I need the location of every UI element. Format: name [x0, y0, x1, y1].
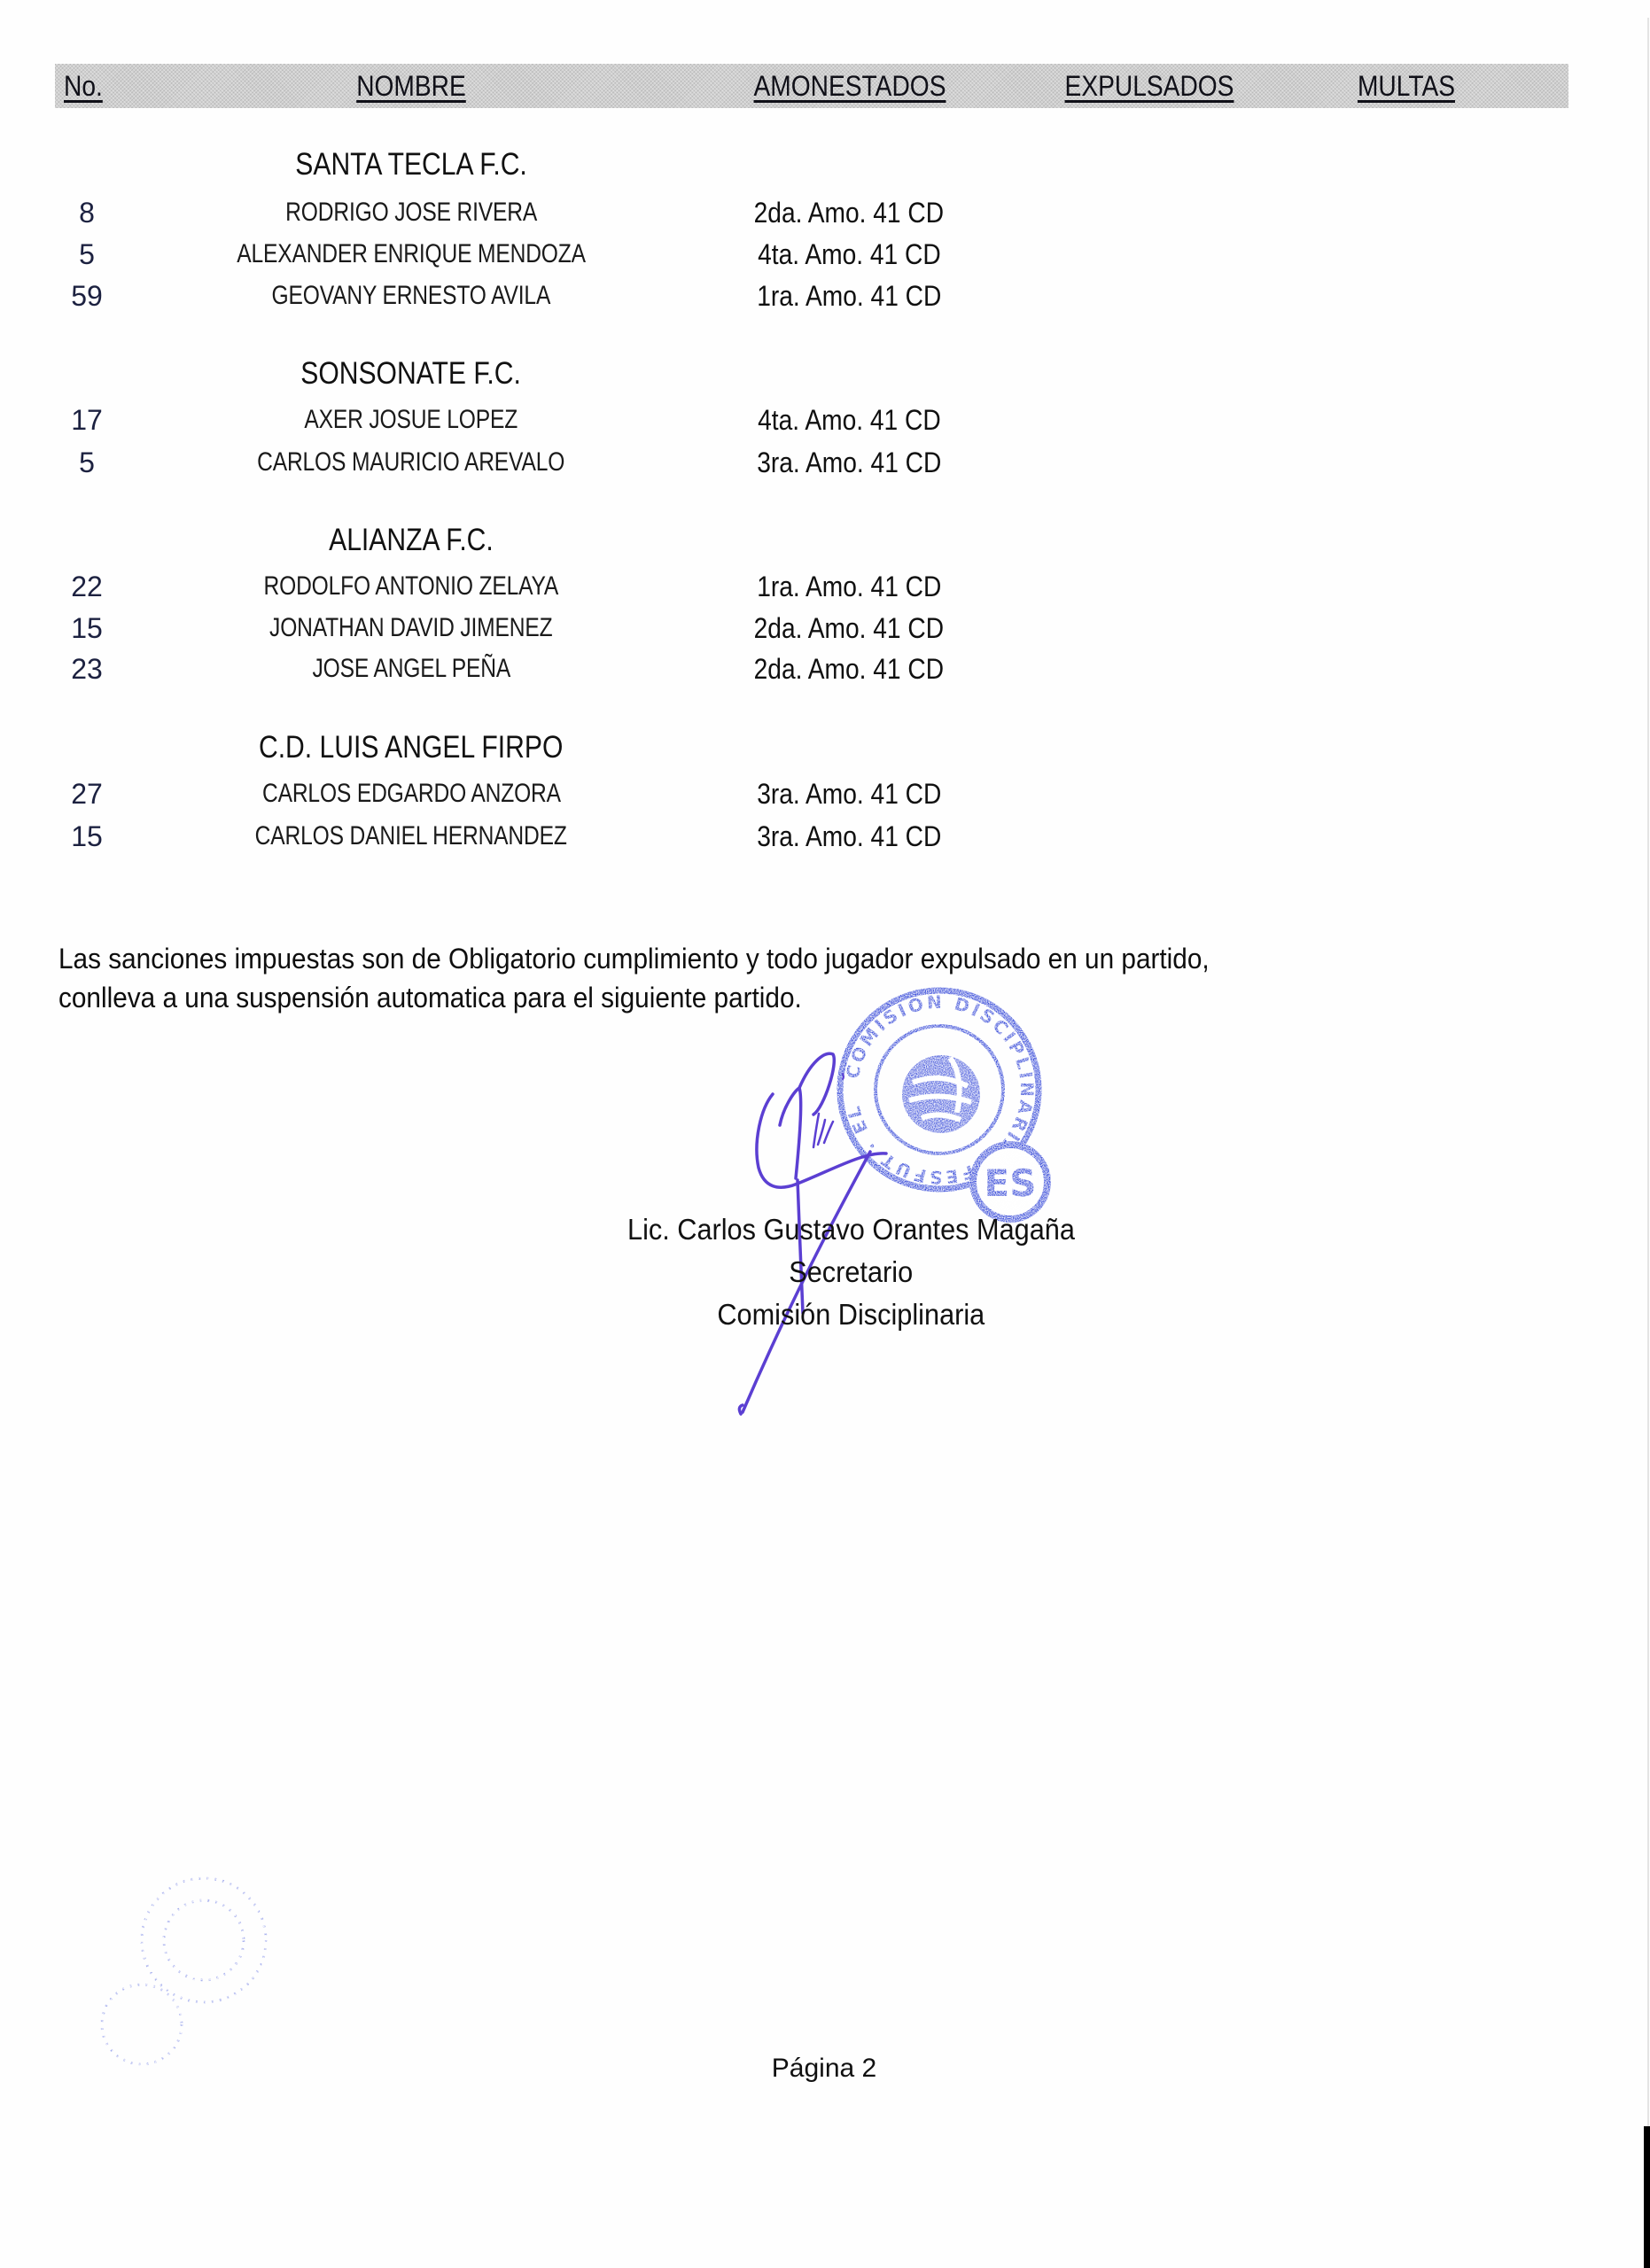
table-row: 17 AXER JOSUE LOPEZ 4ta. Amo. 41 CD: [0, 400, 1063, 439]
table-row: 23 JOSE ANGEL PEÑA 2da. Amo. 41 CD: [0, 649, 1063, 688]
player-number: 15: [51, 817, 122, 856]
player-name: CARLOS MAURICIO AREVALO: [163, 443, 659, 482]
signatory-name: Lic. Carlos Gustavo Orantes Magaña: [585, 1208, 1117, 1251]
table-row: 59 GEOVANY ERNESTO AVILA 1ra. Amo. 41 CD: [0, 276, 1063, 315]
table-row: 15 JONATHAN DAVID JIMENEZ 2da. Amo. 41 C…: [0, 609, 1063, 648]
player-number: 15: [51, 609, 122, 648]
player-amonestados: 3ra. Amo. 41 CD: [709, 443, 989, 482]
signatory-department: Comisión Disciplinaria: [585, 1293, 1117, 1336]
column-header-amonestados: AMONESTADOS: [744, 64, 955, 108]
player-number: 22: [51, 567, 122, 606]
sanctions-notice: Las sanciones impuestas son de Obligator…: [58, 939, 1405, 1017]
player-amonestados: 4ta. Amo. 41 CD: [709, 235, 989, 274]
scan-edge-line: [1647, 18, 1649, 2126]
column-header-multas: MULTAS: [1348, 64, 1465, 108]
table-row: 8 RODRIGO JOSE RIVERA 2da. Amo. 41 CD: [0, 193, 1063, 232]
team-heading: ALIANZA F.C.: [198, 523, 624, 558]
column-header-nombre: NOMBRE: [349, 64, 474, 108]
signature-block: Lic. Carlos Gustavo Orantes Magaña Secre…: [585, 1208, 1117, 1336]
player-name: ALEXANDER ENRIQUE MENDOZA: [163, 235, 659, 274]
player-number: 59: [51, 276, 122, 315]
player-name: RODRIGO JOSE RIVERA: [163, 193, 659, 232]
notice-line: conlleva a una suspensión automatica par…: [58, 978, 1311, 1017]
player-amonestados: 2da. Amo. 41 CD: [709, 649, 989, 688]
stamp-and-signature: COMISION DISCIPLINARIA · FESFUT · EL SAL…: [0, 0, 1650, 2268]
table-row: 15 CARLOS DANIEL HERNANDEZ 3ra. Amo. 41 …: [0, 817, 1063, 856]
table-row: 5 CARLOS MAURICIO AREVALO 3ra. Amo. 41 C…: [0, 443, 1063, 482]
player-number: 5: [51, 235, 122, 274]
player-number: 17: [51, 400, 122, 439]
player-number: 27: [51, 774, 122, 813]
team-heading: SONSONATE F.C.: [198, 356, 624, 392]
notice-line: Las sanciones impuestas son de Obligator…: [58, 939, 1311, 978]
player-name: CARLOS DANIEL HERNANDEZ: [163, 817, 659, 856]
player-name: JOSE ANGEL PEÑA: [163, 649, 659, 688]
signatory-title: Secretario: [585, 1251, 1117, 1293]
table-row: 22 RODOLFO ANTONIO ZELAYA 1ra. Amo. 41 C…: [0, 567, 1063, 606]
player-amonestados: 2da. Amo. 41 CD: [709, 193, 989, 232]
page-number: Página 2: [691, 2054, 957, 2084]
team-heading: C.D. LUIS ANGEL FIRPO: [198, 730, 624, 765]
player-number: 23: [51, 649, 122, 688]
scan-edge-bar: [1644, 2126, 1650, 2268]
player-amonestados: 4ta. Amo. 41 CD: [709, 400, 989, 439]
player-number: 5: [51, 443, 122, 482]
player-name: CARLOS EDGARDO ANZORA: [163, 774, 659, 813]
player-amonestados: 3ra. Amo. 41 CD: [709, 817, 989, 856]
faded-stamp-ghost: [0, 0, 1650, 2268]
player-amonestados: 3ra. Amo. 41 CD: [709, 774, 989, 813]
player-amonestados: 2da. Amo. 41 CD: [709, 609, 989, 648]
table-row: 27 CARLOS EDGARDO ANZORA 3ra. Amo. 41 CD: [0, 774, 1063, 813]
table-row: 5 ALEXANDER ENRIQUE MENDOZA 4ta. Amo. 41…: [0, 235, 1063, 274]
player-name: GEOVANY ERNESTO AVILA: [163, 276, 659, 315]
player-name: RODOLFO ANTONIO ZELAYA: [163, 567, 659, 606]
player-number: 8: [51, 193, 122, 232]
player-amonestados: 1ra. Amo. 41 CD: [709, 567, 989, 606]
player-amonestados: 1ra. Amo. 41 CD: [709, 276, 989, 315]
column-header-no: No.: [64, 64, 103, 108]
svg-text:ES: ES: [985, 1161, 1037, 1205]
document-page: No. NOMBRE AMONESTADOS EXPULSADOS MULTAS…: [0, 0, 1650, 2268]
player-name: JONATHAN DAVID JIMENEZ: [163, 609, 659, 648]
column-header-expulsados: EXPULSADOS: [1055, 64, 1242, 108]
player-name: AXER JOSUE LOPEZ: [163, 400, 659, 439]
table-header: No. NOMBRE AMONESTADOS EXPULSADOS MULTAS: [55, 64, 1568, 108]
team-heading: SANTA TECLA F.C.: [198, 147, 624, 183]
